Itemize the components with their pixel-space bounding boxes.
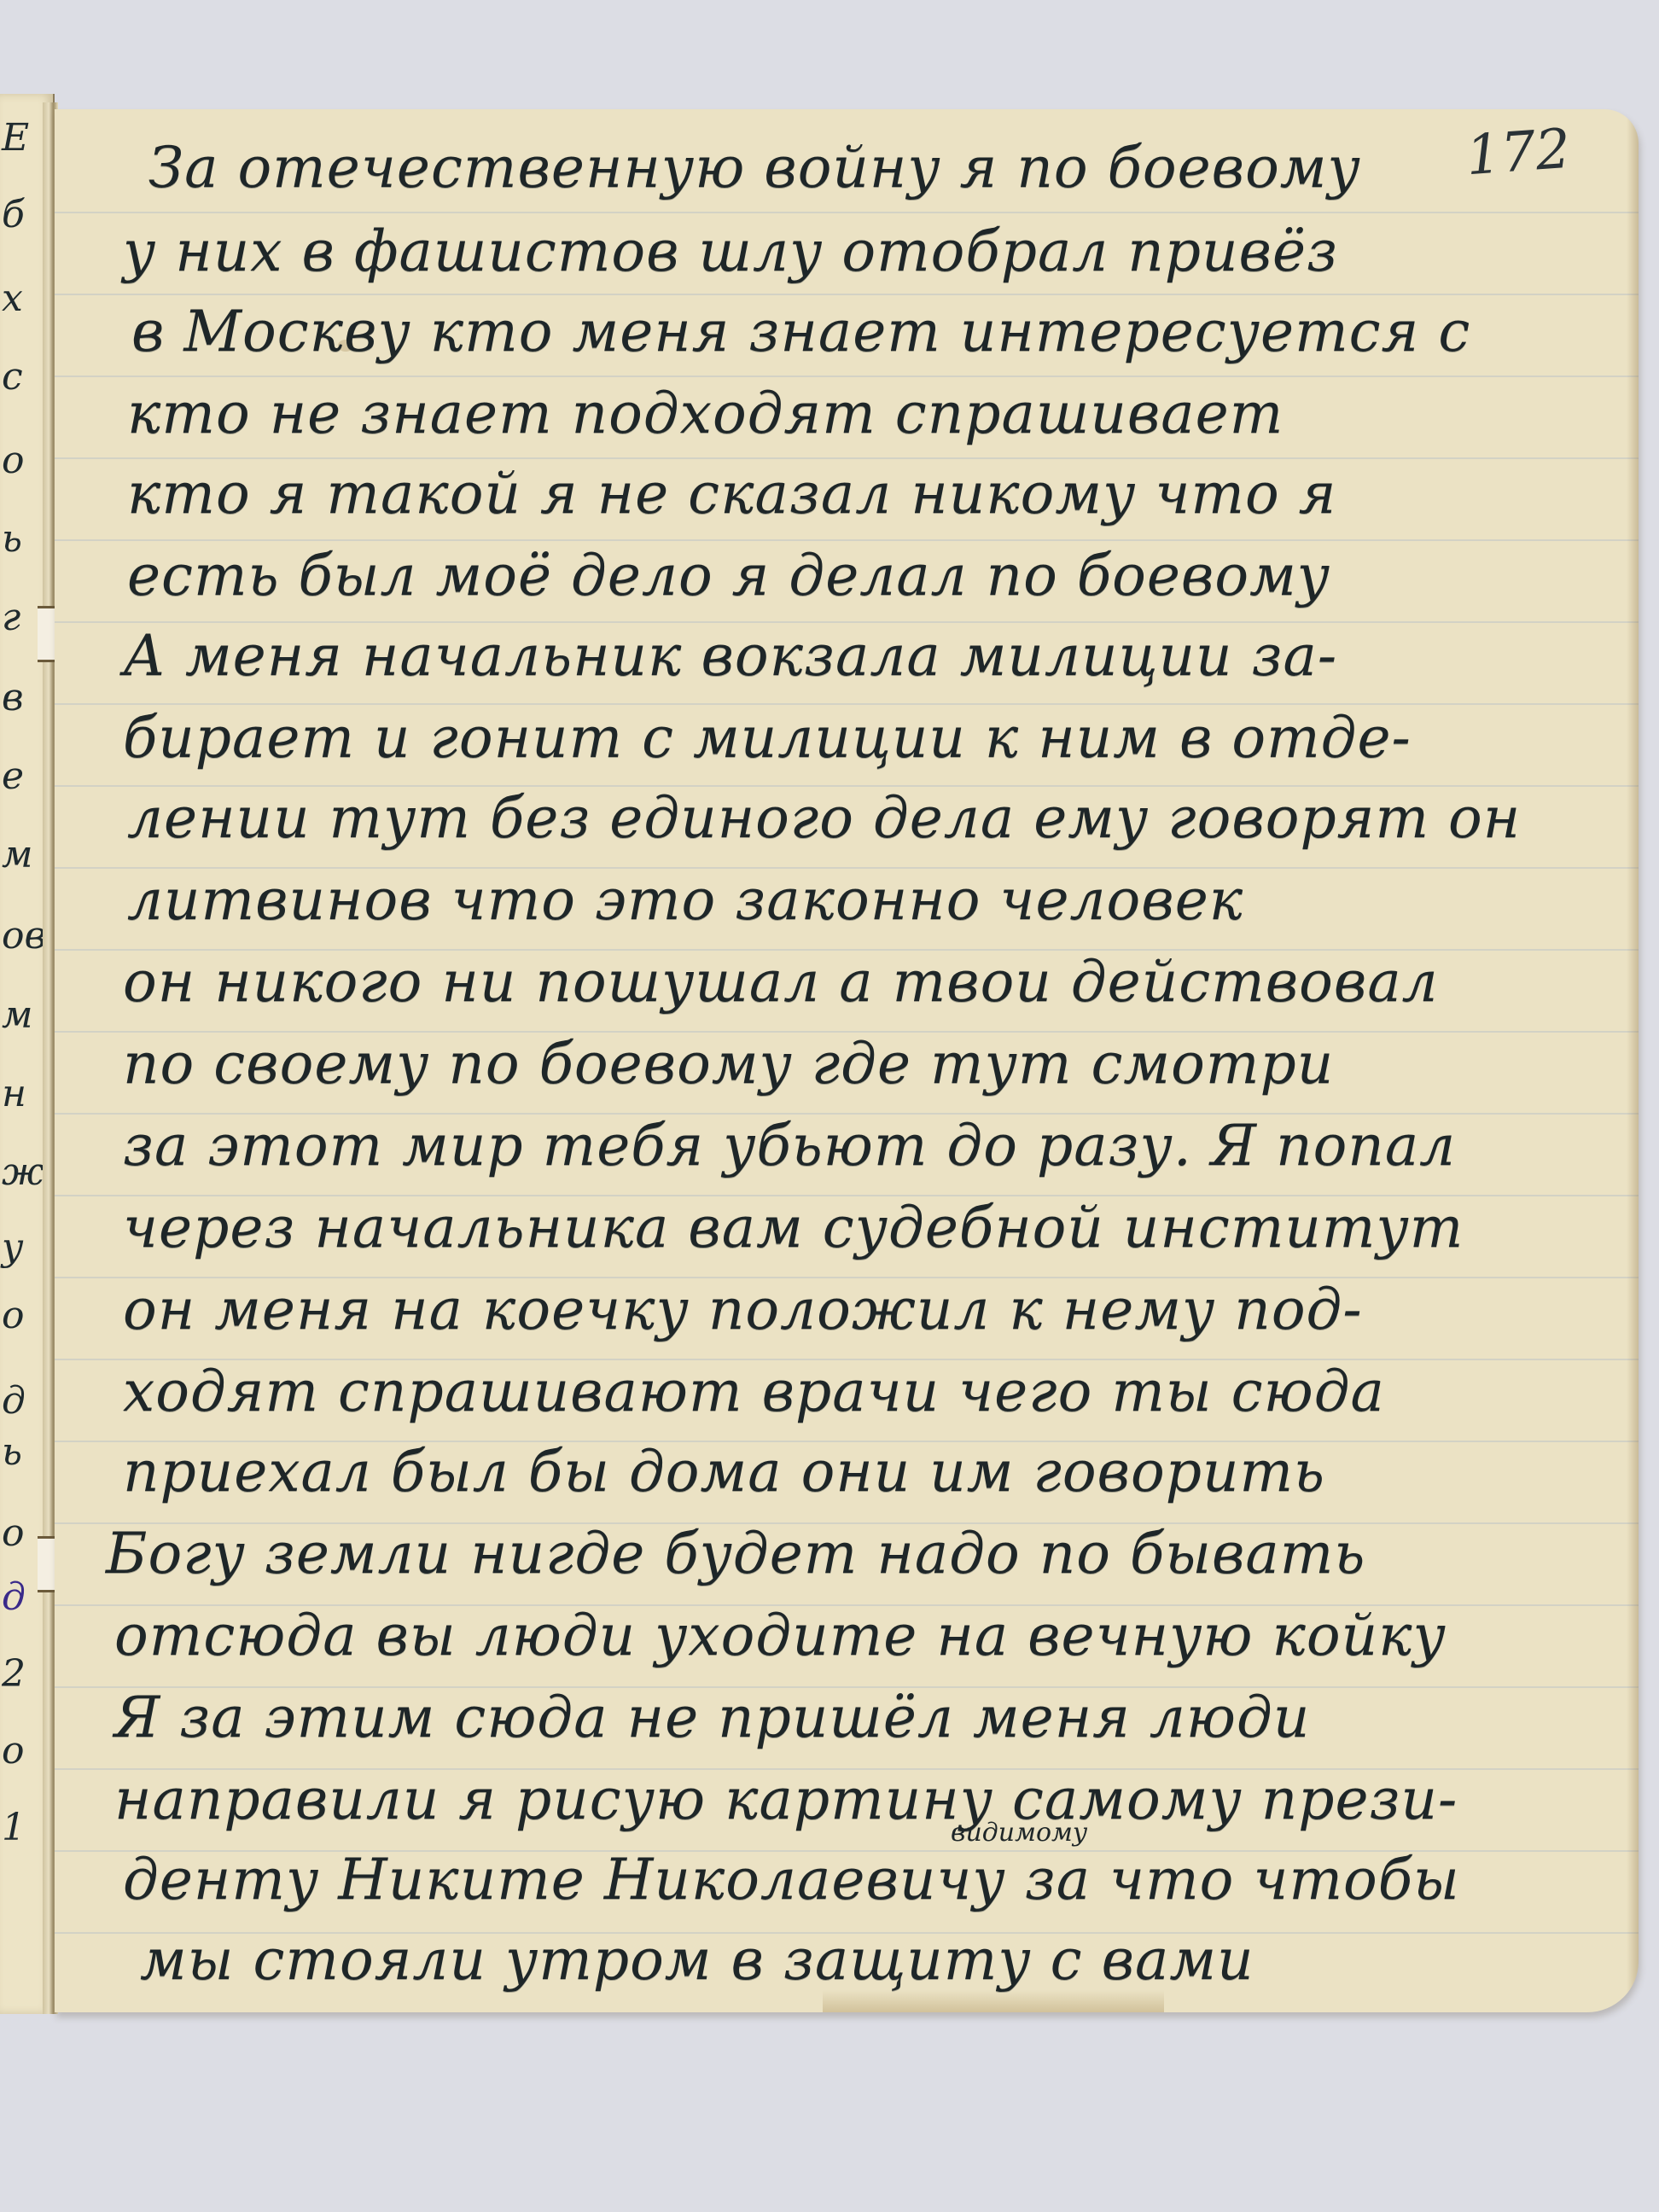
handwritten-line: через начальника вам судебной институт <box>123 1195 1464 1260</box>
margin-glyph: х <box>2 280 23 317</box>
handwritten-line: в Москву кто меня знает интересуется с <box>131 299 1470 364</box>
handwritten-line: он меня на коечку положил к нему под- <box>123 1277 1363 1342</box>
margin-glyph: е <box>2 758 24 795</box>
margin-glyph: ь <box>2 1434 22 1471</box>
margin-glyph: о <box>2 442 25 480</box>
handwritten-line: направили я рисую картину самому прези- <box>114 1767 1458 1832</box>
margin-glyph: о <box>2 1732 25 1770</box>
ruled-line <box>55 457 1639 459</box>
water-stain <box>823 1990 1164 2012</box>
margin-glyph: в <box>2 679 24 717</box>
margin-glyph: ж <box>2 1154 44 1191</box>
handwritten-line: бирает и гонит с милиции к ним в отде- <box>123 705 1412 771</box>
margin-glyph: у <box>2 1229 24 1266</box>
margin-glyph: м <box>2 997 32 1034</box>
margin-glyph: Е <box>2 119 29 157</box>
handwritten-line: Я за этим сюда не пришёл меня люди <box>114 1685 1310 1750</box>
handwritten-line: денту Никите Николаевичу за что чтобы <box>123 1847 1460 1912</box>
handwritten-line: приехал был бы дома они им говорить <box>123 1439 1325 1505</box>
handwritten-line: Богу земли нигде будет надо по бывать <box>106 1521 1365 1586</box>
ruled-line <box>55 375 1639 377</box>
ruled-line <box>55 294 1639 295</box>
notebook-page: 172 За отечественную войну я по боевому … <box>55 109 1639 2012</box>
handwritten-line: кто не знает подходят спрашивает <box>127 381 1284 446</box>
ruled-line <box>55 212 1639 213</box>
handwritten-line: мы стояли утром в защиту с вами <box>140 1927 1254 1993</box>
margin-glyph: ов <box>2 917 46 955</box>
interlinear-insertion: видимому <box>951 1818 1087 1848</box>
handwritten-line: литвинов что это законно человек <box>127 867 1243 933</box>
handwritten-line: А меня начальник вокзала милиции за- <box>123 623 1337 689</box>
handwritten-line: лении тут без единого дела ему говорят о… <box>127 785 1521 851</box>
handwritten-line: за этот мир тебя убьют до разу. Я попал <box>123 1113 1456 1179</box>
margin-glyph: г <box>2 599 20 637</box>
handwritten-line: у них в фашистов шлу отобрал привёз <box>123 218 1338 284</box>
margin-glyph: 1 <box>2 1809 26 1847</box>
page-number: 172 <box>1464 118 1572 188</box>
margin-glyph: 2 <box>2 1656 26 1693</box>
handwritten-line: ходят спрашивают врачи чего ты сюда <box>123 1359 1385 1424</box>
margin-glyph: ь <box>2 521 22 558</box>
margin-glyph: с <box>2 358 23 396</box>
margin-glyph-violet: д <box>2 1579 26 1616</box>
handwritten-line: кто я такой я не сказал никому что я <box>127 461 1336 527</box>
margin-glyph: б <box>2 196 25 234</box>
margin-glyph: н <box>2 1075 26 1113</box>
handwritten-line: отсюда вы люди уходите на вечную койку <box>114 1603 1447 1668</box>
margin-glyph: д <box>2 1382 26 1420</box>
margin-glyph: о <box>2 1297 25 1335</box>
handwritten-line: по своему по боевому где тут смотри <box>123 1031 1334 1097</box>
ruled-line <box>55 539 1639 541</box>
margin-glyph: о <box>2 1515 25 1552</box>
handwritten-line: он никого ни пошушал а твои действовал <box>123 949 1439 1015</box>
handwritten-line: есть был моё дело я делал по боевому <box>127 543 1330 608</box>
margin-glyph: м <box>2 836 32 874</box>
handwritten-line: За отечественную войну я по боевому <box>148 135 1361 201</box>
